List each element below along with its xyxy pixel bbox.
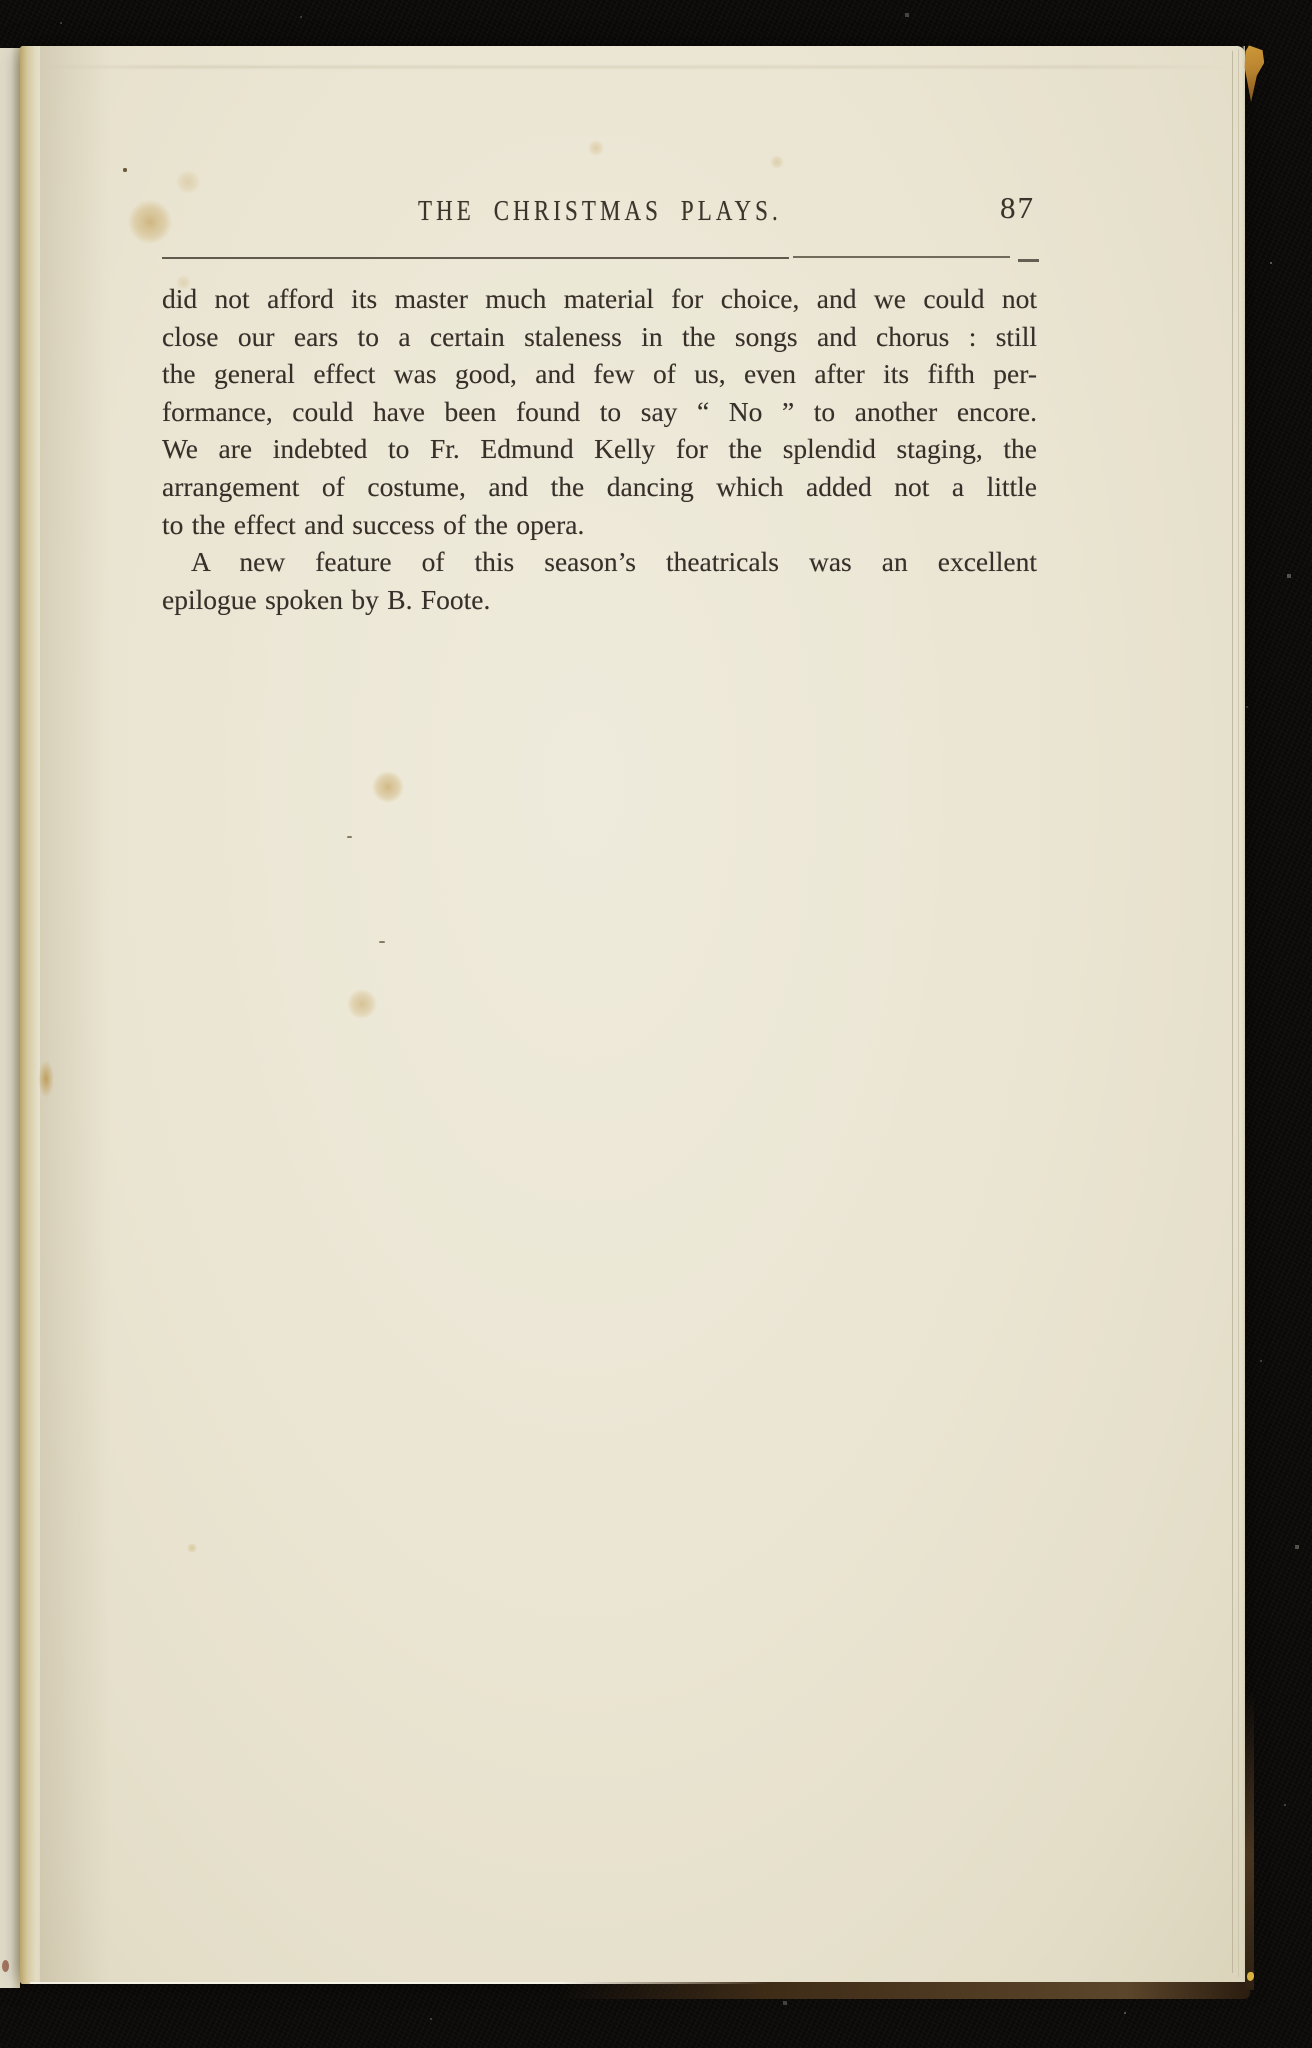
text-line: formance, could have been found to say “… [162,393,1037,431]
text-line: We are indebted to Fr. Edmund Kelly for … [162,430,1037,468]
running-header: THE CHRISTMAS PLAYS. [162,196,1037,232]
text-line: epilogue spoken by B. Foote. [162,581,1037,619]
text-line: arrangement of costume, and the dancing … [162,468,1037,506]
text-line: did not afford its master much material … [162,280,1037,318]
stain [38,1060,54,1098]
text-line: close our ears to a certain staleness in… [162,318,1037,356]
text-line: the general effect was good, and few of … [162,355,1037,393]
spine-wear-mark [2,1960,9,1972]
body-text: did not afford its master much material … [162,280,1037,618]
page-number: 87 [1000,190,1060,226]
book-cover-bottom-edge [560,1982,1250,1999]
book-photo: THE CHRISTMAS PLAYS. 87 did not afford i… [0,0,1312,2048]
running-header-text: THE CHRISTMAS PLAYS. [418,196,782,228]
header-rule-dash [1018,259,1039,262]
header-rule-segment [793,256,1010,258]
text-line: A new feature of this season’s theatrica… [162,543,1037,581]
text-line: to the effect and success of the opera. [162,506,1037,544]
book-cover-right-edge [1245,1690,1254,1990]
header-rule-segment [162,257,789,259]
underlying-page-edge [0,48,20,1988]
stacked-page-edge-line [1232,51,1233,1973]
page-gutter-fold [20,46,40,1984]
dust-specks [0,0,2,2]
stacked-page-edge-line [1238,49,1239,1977]
gutter-shadow [40,46,110,1984]
top-curvature-shadow [38,66,1228,68]
